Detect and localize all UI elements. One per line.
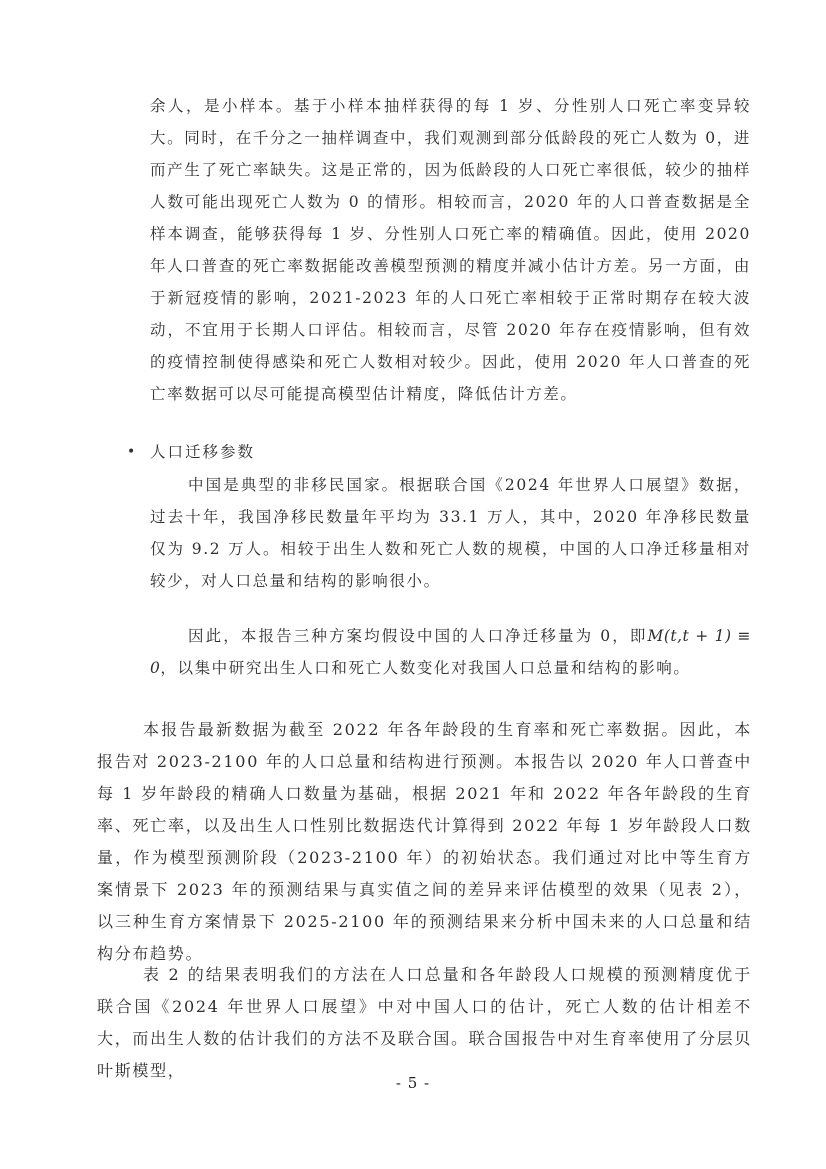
assumption-text-after-formula: ，以集中研究出生人口和死亡人数变化对我国人口总量和结构的影响。 [160, 659, 690, 677]
page-number: - 5 - [0, 1074, 826, 1092]
bullet-item-migration: •人口迁移参数 [127, 436, 255, 468]
paragraph-migration-assumption: 因此，本报告三种方案均假设中国的人口净迁移量为 0，即M(t,t + 1) ≡ … [150, 620, 751, 684]
paragraph-data-and-method: 本报告最新数据为截至 2022 年各年龄段的生育率和死亡率数据。因此，本报告对 … [97, 714, 752, 970]
bullet-title-migration-parameters: 人口迁移参数 [150, 443, 255, 461]
paragraph-mortality-data-continuation: 余人，是小样本。基于小样本抽样获得的每 1 岁、分性别人口死亡率变异较大。同时，… [150, 90, 751, 410]
paragraph-table2-results: 表 2 的结果表明我们的方法在人口总量和各年龄段人口规模的预测精度优于联合国《2… [97, 959, 752, 1087]
assumption-text-before-formula: 因此，本报告三种方案均假设中国的人口净迁移量为 0，即 [188, 627, 647, 645]
bullet-marker: • [127, 436, 150, 468]
document-page: 余人，是小样本。基于小样本抽样获得的每 1 岁、分性别人口死亡率变异较大。同时，… [0, 0, 826, 1169]
paragraph-migration-overview: 中国是典型的非移民国家。根据联合国《2024 年世界人口展望》数据，过去十年，我… [150, 469, 751, 597]
